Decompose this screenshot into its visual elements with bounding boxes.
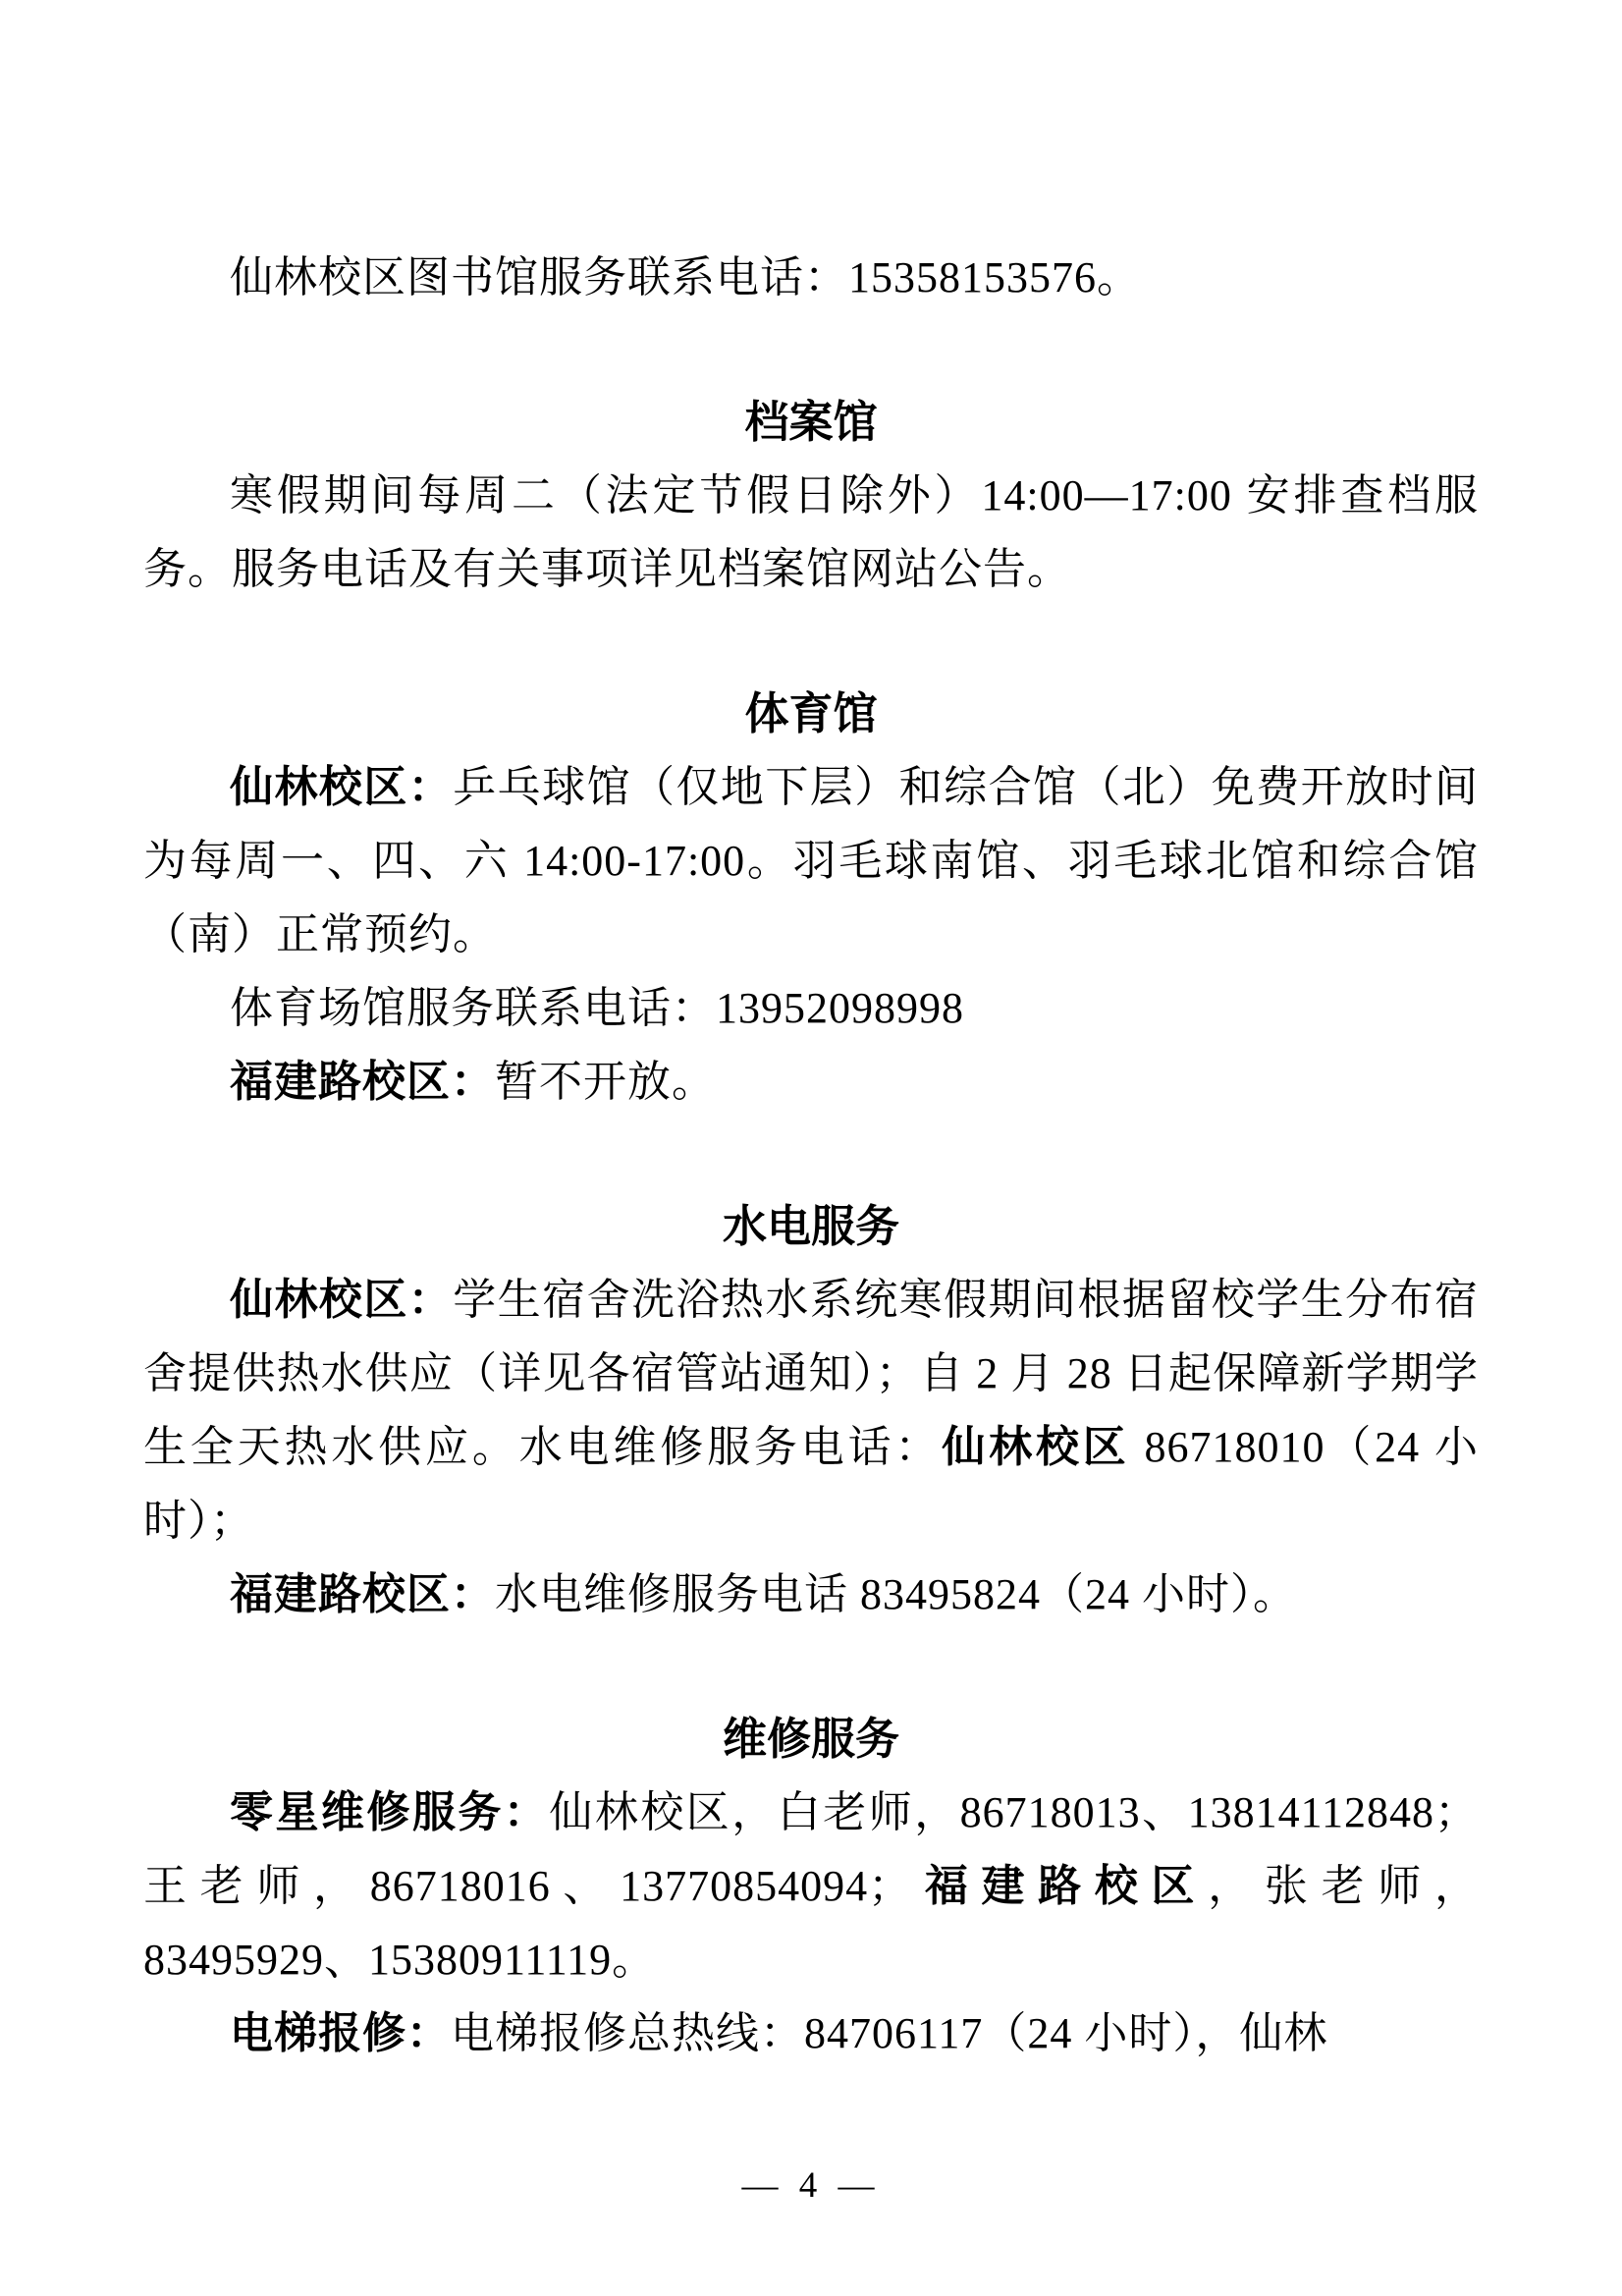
paragraph-library-phone: 仙林校区图书馆服务联系电话：15358153576。	[143, 241, 1479, 314]
section-heading-repairs: 维修服务	[143, 1702, 1479, 1776]
section-utilities: 水电服务 仙林校区：学生宿舍洗浴热水系统寒假期间根据留校学生分布宿舍提供热水供应…	[143, 1189, 1479, 1631]
paragraph-gym-phone: 体育场馆服务联系电话：13952098998	[143, 971, 1479, 1045]
paragraph-utilities-fujianlu: 福建路校区：水电维修服务电话 83495824（24 小时）。	[143, 1558, 1479, 1631]
label-elevator-repair: 电梯报修：	[230, 2009, 451, 2057]
document-page: 仙林校区图书馆服务联系电话：15358153576。 档案馆 寒假期间每周二（法…	[0, 0, 1622, 2296]
page-number: — 4 —	[0, 2166, 1622, 2206]
library-phone-text: 仙林校区图书馆服务联系电话：15358153576。	[230, 253, 1141, 301]
label-fujianlu-campus: 福建路校区：	[230, 1058, 495, 1106]
section-gymnasium: 体育馆 仙林校区：乒乓球馆（仅地下层）和综合馆（北）免费开放时间为每周一、四、六…	[143, 677, 1479, 1119]
section-repairs: 维修服务 零星维修服务：仙林校区，白老师，86718013、1381411284…	[143, 1702, 1479, 2070]
label-fujianlu-campus: 福建路校区：	[230, 1570, 495, 1618]
elevator-repair-text: 电梯报修总热线：84706117（24 小时），仙林	[451, 2009, 1327, 2057]
label-xianlin-campus: 仙林校区：	[230, 763, 453, 811]
paragraph-utilities-xianlin: 仙林校区：学生宿舍洗浴热水系统寒假期间根据留校学生分布宿舍提供热水供应（详见各宿…	[143, 1263, 1479, 1558]
section-heading-gymnasium: 体育馆	[143, 677, 1479, 750]
label-xianlin-campus-inline: 仙林校区	[942, 1423, 1129, 1471]
paragraph-gym-xianlin: 仙林校区：乒乓球馆（仅地下层）和综合馆（北）免费开放时间为每周一、四、六 14:…	[143, 750, 1479, 971]
utilities-fujianlu-text: 水电维修服务电话 83495824（24 小时）。	[495, 1570, 1297, 1618]
paragraph-archives-hours: 寒假期间每周二（法定节假日除外）14:00—17:00 安排查档服务。服务电话及…	[143, 459, 1479, 606]
label-fujianlu-campus-inline: 福建路校区	[912, 1862, 1208, 1910]
paragraph-odd-repairs: 零星维修服务：仙林校区，白老师，86718013、13814112848；王老师…	[143, 1776, 1479, 1996]
label-xianlin-campus: 仙林校区：	[230, 1276, 453, 1324]
section-heading-archives: 档案馆	[143, 385, 1479, 459]
section-heading-utilities: 水电服务	[143, 1189, 1479, 1263]
section-archives: 档案馆 寒假期间每周二（法定节假日除外）14:00—17:00 安排查档服务。服…	[143, 385, 1479, 606]
archives-hours-text: 寒假期间每周二（法定节假日除外）14:00—17:00 安排查档服务。服务电话及…	[143, 471, 1479, 593]
paragraph-gym-fujianlu: 福建路校区：暂不开放。	[143, 1045, 1479, 1119]
label-odd-repairs: 零星维修服务：	[230, 1788, 549, 1836]
gym-fujianlu-text: 暂不开放。	[495, 1058, 716, 1106]
paragraph-elevator-repair: 电梯报修：电梯报修总热线：84706117（24 小时），仙林	[143, 1996, 1479, 2070]
gym-phone-text: 体育场馆服务联系电话：13952098998	[230, 984, 964, 1032]
